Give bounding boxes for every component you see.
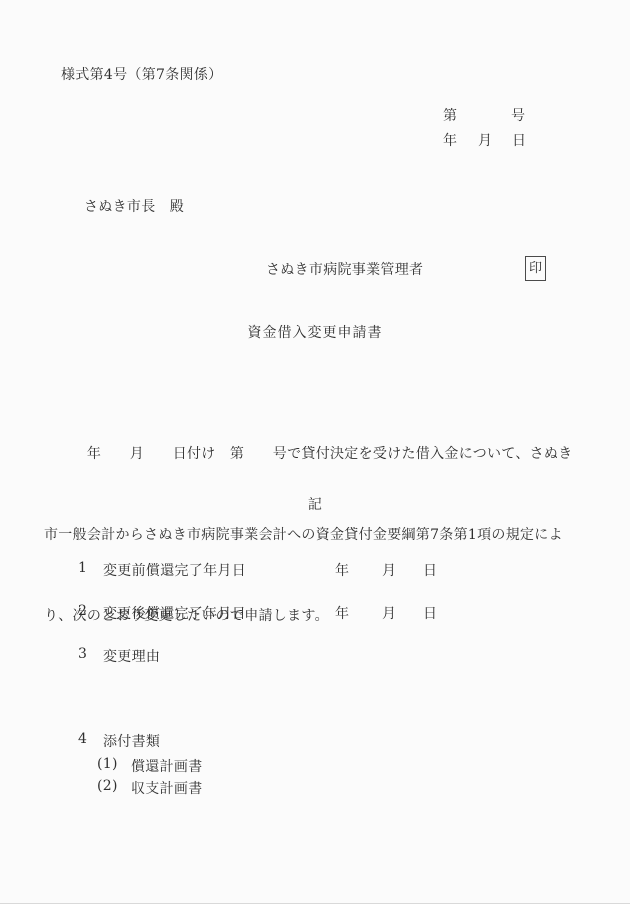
item-number: 2 bbox=[78, 603, 87, 619]
item-label: 変更後償還完了年月日 bbox=[103, 603, 246, 623]
attachment-label: 償還計画書 bbox=[131, 756, 203, 776]
item-number: 1 bbox=[78, 560, 87, 576]
date-year-label: 年 bbox=[443, 130, 457, 150]
item-label: 添付書類 bbox=[103, 731, 160, 751]
document-date-row: 年 月 日 bbox=[0, 130, 630, 150]
item-day-field-label: 日 bbox=[423, 603, 437, 623]
item-label: 変更前償還完了年月日 bbox=[103, 560, 246, 580]
form-number-label: 様式第4号（第7条関係） bbox=[61, 64, 222, 84]
body-paragraph-line: 年 月 日付け 第 号で貸付決定を受けた借入金について、さぬき bbox=[44, 441, 604, 468]
document-page: 様式第4号（第7条関係） 第 号 年 月 日 さぬき市長 殿 さぬき市病院事業管… bbox=[0, 0, 630, 904]
attachment-number: (1) bbox=[97, 756, 118, 772]
document-number-prefix: 第 bbox=[443, 105, 457, 125]
item-day-field-label: 日 bbox=[423, 560, 437, 580]
item-year-field-label: 年 bbox=[335, 603, 349, 623]
document-number-suffix: 号 bbox=[511, 105, 525, 125]
item-row-change-reason: 3 変更理由 bbox=[0, 646, 630, 666]
item-row-before-change: 1 変更前償還完了年月日 年 月 日 bbox=[0, 560, 630, 580]
item-year-field-label: 年 bbox=[335, 560, 349, 580]
item-label: 変更理由 bbox=[103, 646, 160, 666]
item-number: 4 bbox=[78, 731, 87, 747]
item-row-after-change: 2 変更後償還完了年月日 年 月 日 bbox=[0, 603, 630, 623]
document-number-row: 第 号 bbox=[0, 105, 630, 125]
date-month-label: 月 bbox=[478, 130, 492, 150]
attachment-label: 収支計画書 bbox=[131, 778, 203, 798]
item-row-attachments: 4 添付書類 bbox=[0, 731, 630, 751]
page-title: 資金借入変更申請書 bbox=[0, 322, 630, 342]
item-number: 3 bbox=[78, 646, 87, 662]
body-paragraph-line: 市一般会計からさぬき市病院事業会計への資金貸付金要綱第7条第1項の規定によ bbox=[44, 522, 604, 549]
item-month-field-label: 月 bbox=[382, 603, 396, 623]
attachment-number: (2) bbox=[97, 778, 118, 794]
date-day-label: 日 bbox=[512, 130, 526, 150]
applicant-title: さぬき市病院事業管理者 bbox=[266, 259, 423, 279]
body-paragraph: 年 月 日付け 第 号で貸付決定を受けた借入金について、さぬき 市一般会計からさ… bbox=[44, 387, 604, 684]
addressee-line: さぬき市長 殿 bbox=[84, 196, 184, 216]
seal-mark-box: 印 bbox=[525, 256, 546, 281]
item-month-field-label: 月 bbox=[382, 560, 396, 580]
ki-separator-mark: 記 bbox=[0, 494, 630, 514]
attachment-row-repayment-plan: (1) 償還計画書 bbox=[0, 756, 630, 776]
attachment-row-income-expenditure-plan: (2) 収支計画書 bbox=[0, 778, 630, 798]
